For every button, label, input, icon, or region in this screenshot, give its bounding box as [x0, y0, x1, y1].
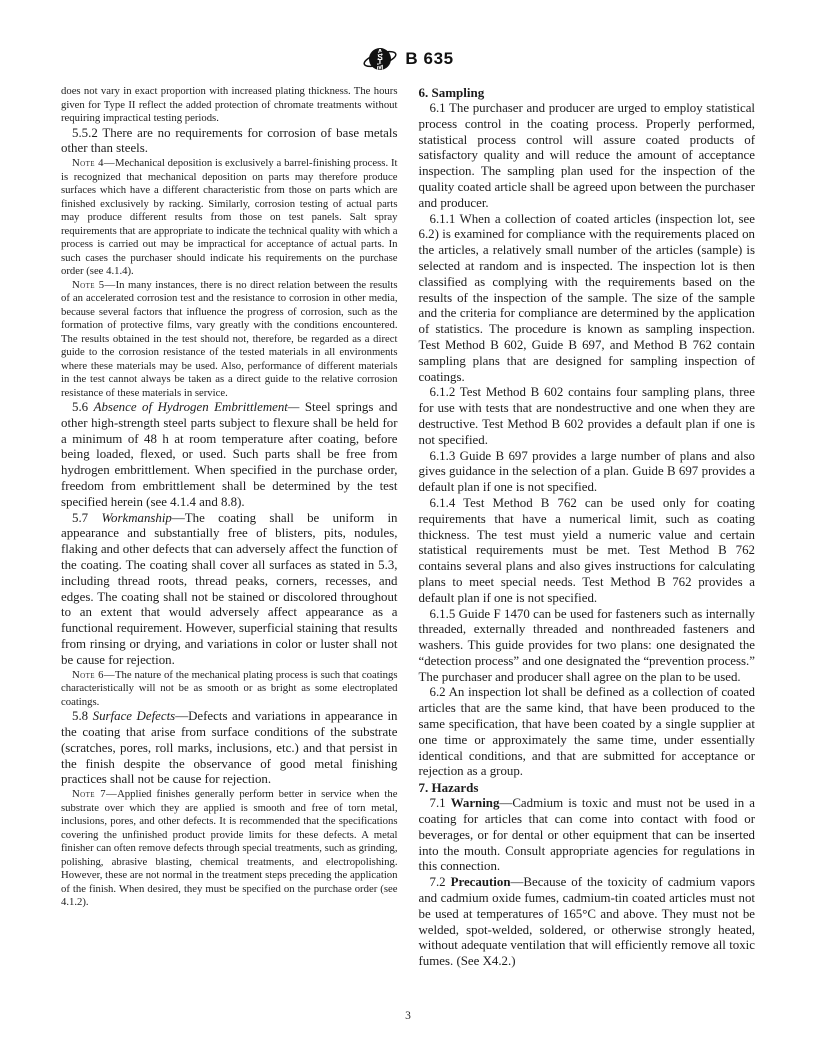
paragraph: 6.1 The purchaser and producer are urged… — [419, 101, 756, 212]
paragraph: 6.1.1 When a collection of coated articl… — [419, 212, 756, 386]
paragraph: 6.1.3 Guide B 697 provides a large numbe… — [419, 449, 756, 496]
astm-logo: A S T M — [362, 44, 398, 74]
section-heading: 7. Hazards — [419, 780, 756, 796]
text-segment: 6.1.1 When a collection of coated articl… — [419, 212, 756, 384]
text-segment: Surface Defects — [93, 709, 176, 723]
text-segment: does not vary in exact proportion with i… — [61, 85, 398, 124]
text-segment: 5.7 — [72, 511, 101, 525]
paragraph: 5.7 Workmanship—The coating shall be uni… — [61, 511, 398, 669]
text-segment: 6. Sampling — [419, 85, 485, 100]
text-segment: 7.2 — [430, 875, 451, 889]
paragraph: Note 6—The nature of the mechanical plat… — [61, 669, 398, 710]
paragraph: 6.2 An inspection lot shall be defined a… — [419, 685, 756, 780]
paragraph: does not vary in exact proportion with i… — [61, 85, 398, 126]
text-segment: 6.2 An inspection lot shall be defined a… — [419, 685, 756, 778]
text-segment: Absence of Hydrogen Embrittlement— — [94, 400, 300, 414]
text-segment: In many instances, there is no direct re… — [61, 279, 398, 399]
paragraph: 5.8 Surface Defects—Defects and variatio… — [61, 709, 398, 788]
text-segment: Note 7— — [72, 788, 117, 800]
section-heading: 6. Sampling — [419, 85, 756, 101]
paragraph: Note 7—Applied finishes generally perfor… — [61, 788, 398, 910]
paragraph: Note 5—In many instances, there is no di… — [61, 279, 398, 401]
text-segment: 6.1 The purchaser and producer are urged… — [419, 101, 756, 210]
text-segment: 5.6 — [72, 400, 94, 414]
right-column: 6. Sampling6.1 The purchaser and produce… — [419, 85, 756, 970]
text-segment: Warning — [451, 796, 500, 810]
text-segment: Mechanical deposition is exclusively a b… — [61, 157, 398, 277]
text-segment: 6.1.3 Guide B 697 provides a large numbe… — [419, 449, 756, 495]
document-body: does not vary in exact proportion with i… — [61, 85, 755, 970]
text-segment: Note 5— — [72, 279, 116, 291]
document-header: A S T M B 635 — [0, 44, 816, 74]
text-segment: Note 6— — [72, 669, 115, 681]
text-segment: Note 4— — [72, 157, 115, 169]
document-footer: 3 — [0, 1010, 816, 1022]
text-segment: Steel springs and other high-strength st… — [61, 400, 398, 509]
text-segment: 5.5.2 There are no requirements for corr… — [61, 126, 398, 156]
paragraph: 7.1 Warning—Cadmium is toxic and must no… — [419, 796, 756, 875]
document-page: A S T M B 635 does not vary in exact pro… — [0, 0, 816, 1056]
paragraph: 6.1.2 Test Method B 602 contains four sa… — [419, 385, 756, 448]
text-segment: 7.1 — [430, 796, 451, 810]
text-segment: 6.1.4 Test Method B 762 can be used only… — [419, 496, 756, 605]
paragraph: 6.1.5 Guide F 1470 can be used for faste… — [419, 607, 756, 686]
page-number: 3 — [405, 1010, 411, 1022]
text-segment: —The coating shall be uniform in appeara… — [61, 511, 398, 667]
text-segment: Applied finishes generally perform bette… — [61, 788, 398, 908]
paragraph: 6.1.4 Test Method B 762 can be used only… — [419, 496, 756, 607]
standard-designation: B 635 — [405, 49, 453, 69]
text-segment: Precaution — [451, 875, 511, 889]
text-segment: 7. Hazards — [419, 780, 479, 795]
text-segment: Workmanship — [101, 511, 171, 525]
text-segment: 5.8 — [72, 709, 93, 723]
paragraph: 7.2 Precaution—Because of the toxicity o… — [419, 875, 756, 970]
paragraph: Note 4—Mechanical deposition is exclusiv… — [61, 157, 398, 279]
paragraph: 5.5.2 There are no requirements for corr… — [61, 126, 398, 158]
text-segment: 6.1.5 Guide F 1470 can be used for faste… — [419, 607, 756, 684]
paragraph: 5.6 Absence of Hydrogen Embrittlement— S… — [61, 400, 398, 511]
text-segment: 6.1.2 Test Method B 602 contains four sa… — [419, 385, 756, 446]
left-column: does not vary in exact proportion with i… — [61, 85, 398, 970]
